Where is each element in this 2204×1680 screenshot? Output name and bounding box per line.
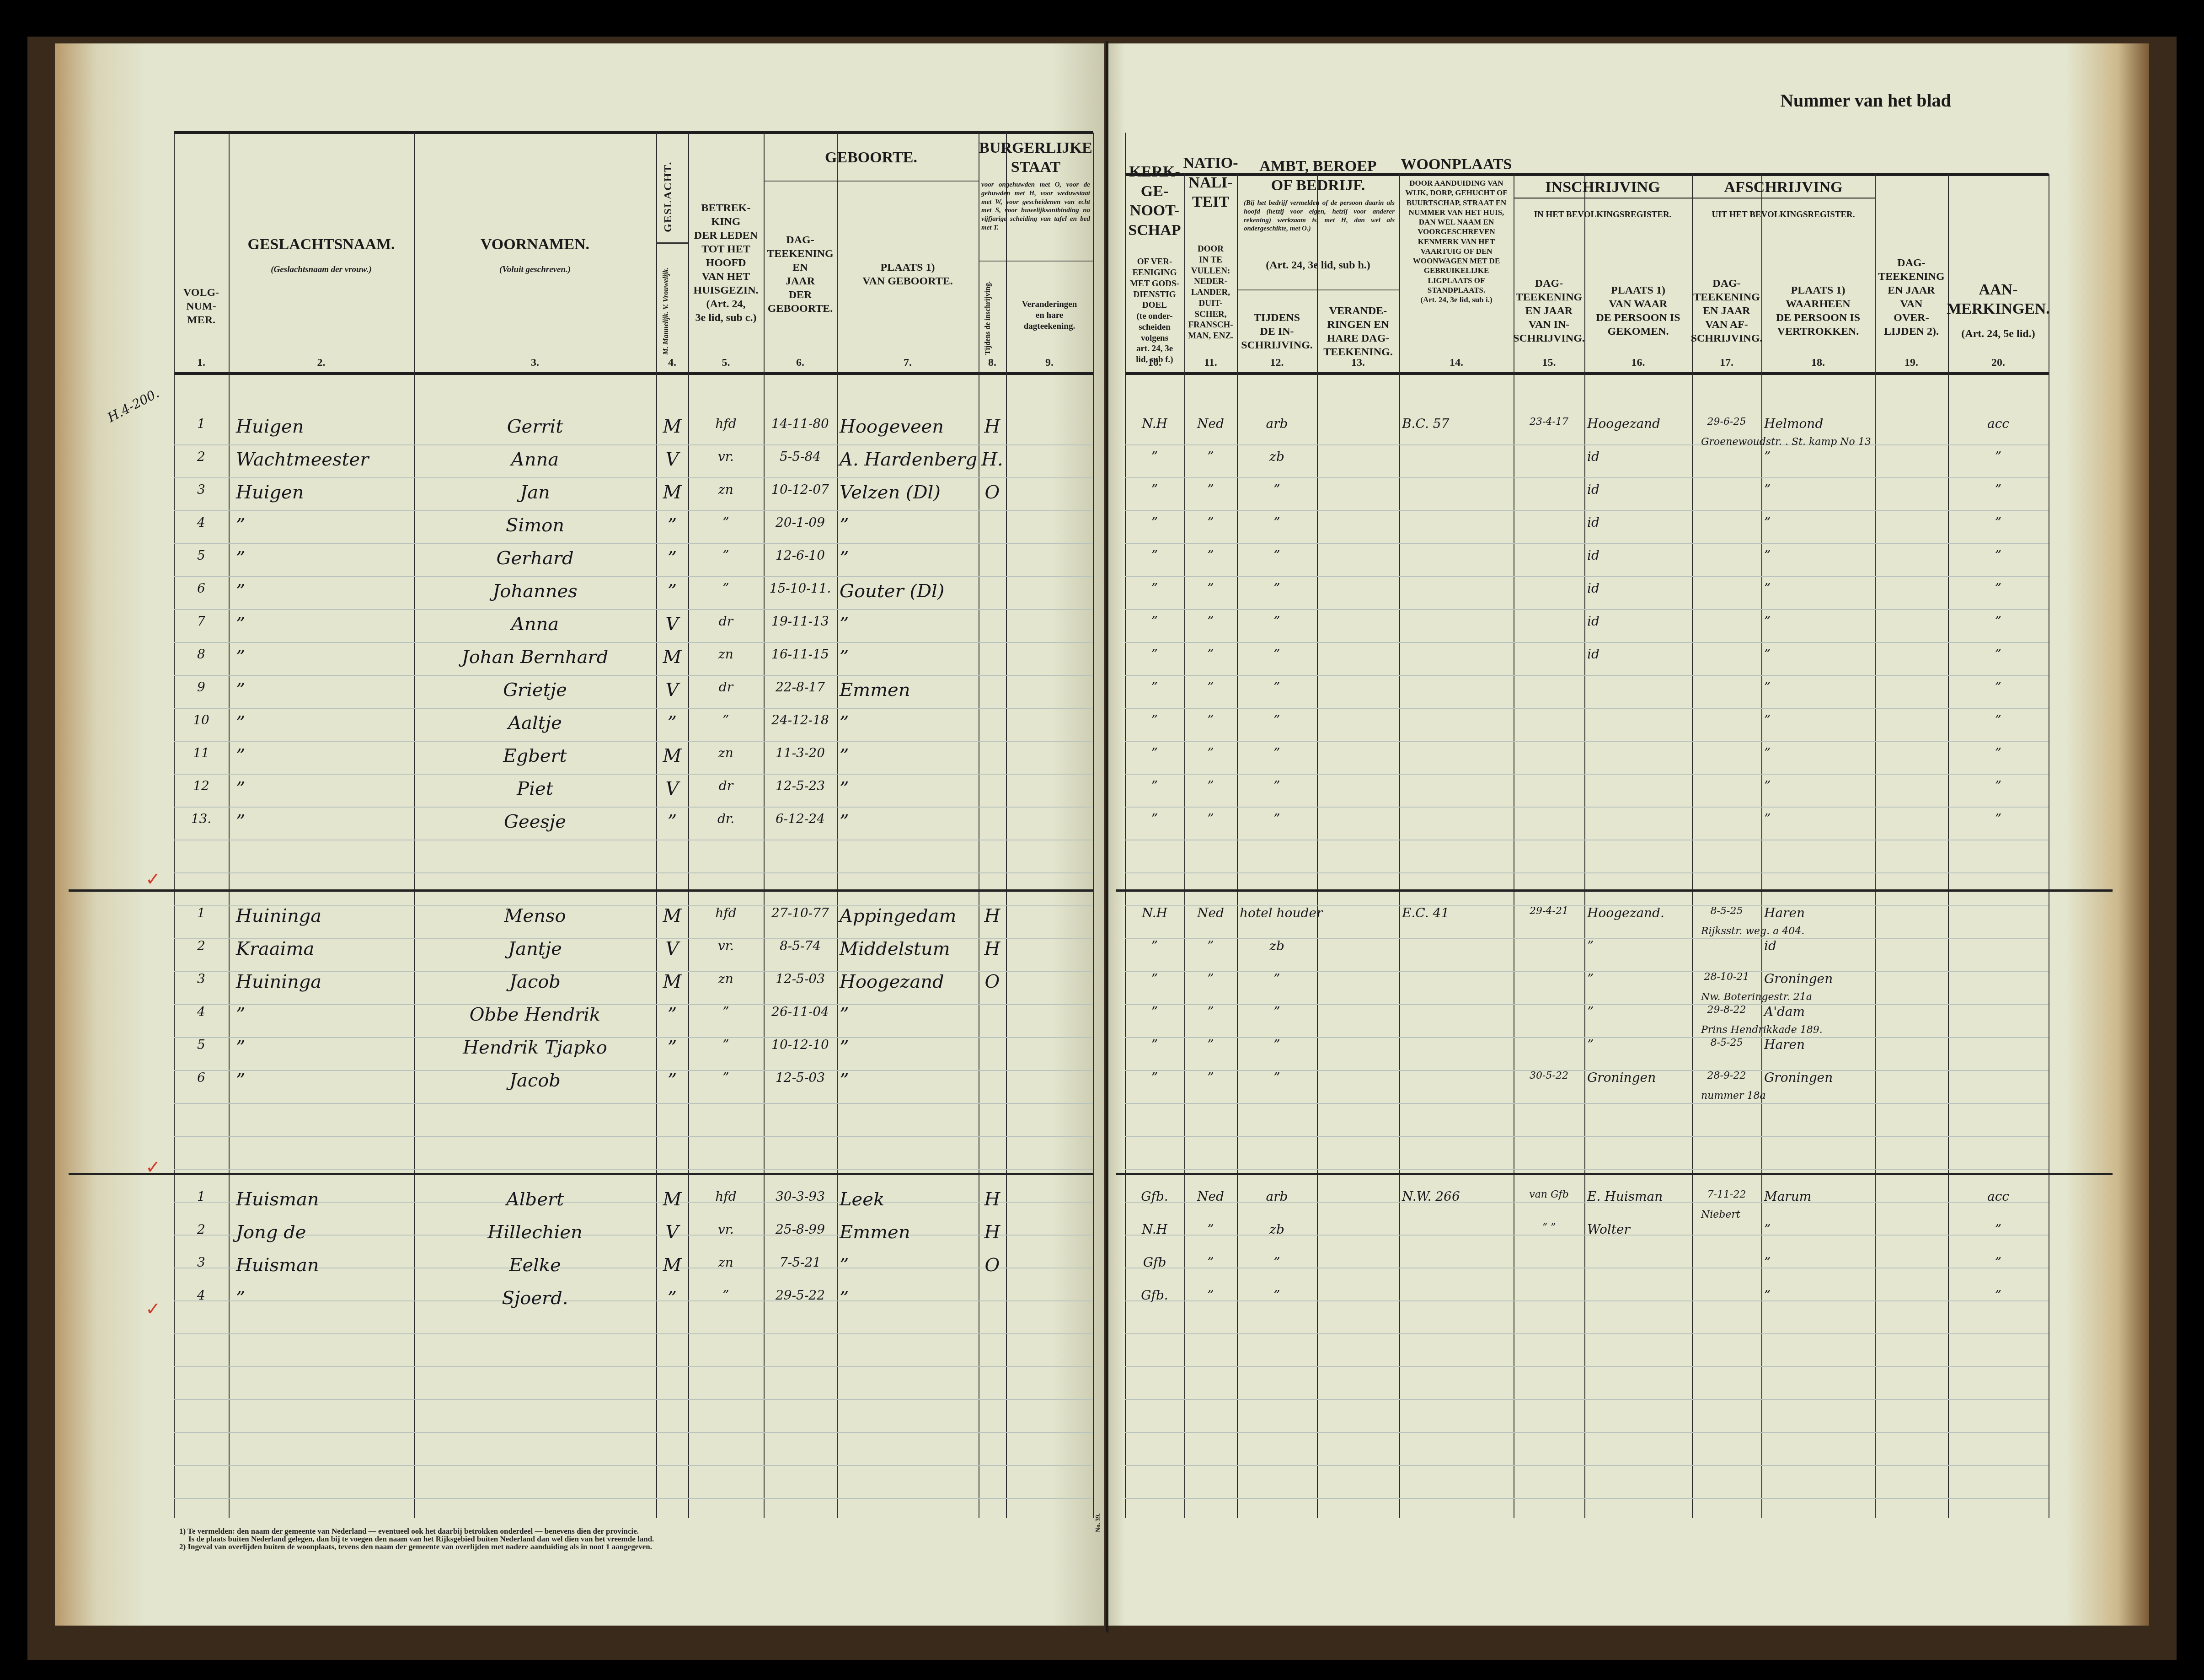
cell-surname: Huininga xyxy=(236,905,411,926)
cell-nr: 1 xyxy=(177,416,226,431)
inschrijving-rule xyxy=(1514,198,1692,201)
cell-firstnames: Gerrit xyxy=(417,416,653,437)
header-inschrijving-group: INSCHRIJVING xyxy=(1515,178,1690,197)
ruled-line xyxy=(1125,642,2049,643)
cell-occupation: ” xyxy=(1240,581,1314,596)
cell-surname: ” xyxy=(236,778,411,799)
cell-relation: ” xyxy=(691,1004,761,1019)
cell-occupation: ” xyxy=(1240,548,1314,563)
cell-to-place: ” xyxy=(1764,515,1872,530)
header-afschrijving-plaats: PLAATS 1) WAARHEEN DE PERSOON IS VERTROK… xyxy=(1763,256,1873,366)
cell-religion: ” xyxy=(1128,778,1182,793)
cell-address: E.C. 41 xyxy=(1402,905,1511,920)
header-geslacht: GESLACHT. xyxy=(662,155,682,238)
header-nationaliteit: NATIO- NALI- TEIT xyxy=(1186,146,1235,219)
column-divider xyxy=(1761,174,1762,1518)
column-number: 5. xyxy=(688,357,764,369)
cell-to-place: Helmond xyxy=(1764,416,1872,431)
column-divider xyxy=(1399,174,1400,1518)
header-voornamen: VOORNAMEN. xyxy=(416,229,654,261)
cell-to-place: ” xyxy=(1764,548,1872,563)
cell-sex: M xyxy=(659,416,685,437)
cell-birth-place: ” xyxy=(840,647,976,668)
ruled-line xyxy=(1125,1333,2049,1334)
column-divider xyxy=(414,133,415,1518)
cell-birth-place: Appingedam xyxy=(840,905,976,926)
cell-sex: M xyxy=(659,745,685,766)
cell-civil: H xyxy=(981,416,1003,437)
cell-from-place: Hoogezand. xyxy=(1587,905,1689,920)
cell-surname: ” xyxy=(236,1070,411,1091)
column-divider xyxy=(1514,174,1514,1518)
cell-civil: H xyxy=(981,905,1003,926)
cell-religion: Gfb xyxy=(1128,1255,1182,1270)
ruled-line xyxy=(1125,1169,2049,1170)
cell-relation: hfd xyxy=(691,1189,761,1204)
cell-entry-date: ” ” xyxy=(1516,1222,1582,1233)
ruled-line xyxy=(1125,609,2049,610)
cell-remarks: ” xyxy=(1951,482,2046,497)
header-voornamen-sub: (Voluit geschreven.) xyxy=(416,261,654,279)
cell-birth-date: 5-5-84 xyxy=(766,449,834,464)
header-bottom-rule-right xyxy=(1125,372,2049,375)
cell-from-place: ” xyxy=(1587,1037,1689,1052)
cell-nationality: ” xyxy=(1187,515,1234,530)
header-ambt-art: (Art. 24, 3e lid, sub h.) xyxy=(1239,254,1397,277)
ruled-line xyxy=(174,872,1093,873)
cell-nr: 1 xyxy=(177,905,226,920)
column-divider xyxy=(1006,133,1007,1518)
cell-occupation: ” xyxy=(1240,1255,1314,1270)
cell-surname: ” xyxy=(236,1288,411,1309)
geslacht-rule xyxy=(656,242,688,246)
cell-birth-place: Hoogezand xyxy=(840,971,976,992)
cell-to-place: Marum xyxy=(1764,1189,1872,1204)
cell-religion: N.H xyxy=(1128,416,1182,431)
header-overlijden: DAG- TEEKENING EN JAAR VAN OVER- LIJDEN … xyxy=(1877,229,1946,366)
cell-nationality: ” xyxy=(1187,712,1234,728)
cell-nr: 13. xyxy=(177,811,226,826)
cell-surname: Kraaima xyxy=(236,938,411,959)
column-number: 11. xyxy=(1184,357,1237,369)
header-ambt-note: (Bij het bedrijf vermelden of de persoon… xyxy=(1244,199,1395,254)
cell-religion: N.H xyxy=(1128,1222,1182,1237)
column-divider xyxy=(1093,133,1094,1518)
cell-birth-place: A. Hardenberg xyxy=(840,449,976,470)
cell-religion: ” xyxy=(1128,938,1182,953)
column-number: 3. xyxy=(414,357,656,369)
cell-firstnames: Jacob xyxy=(417,1070,653,1091)
cell-relation: ” xyxy=(691,515,761,530)
cell-surname: Jong de xyxy=(236,1222,411,1243)
cell-to-place: ” xyxy=(1764,745,1872,760)
header-kerkgenootschap-sub: OF VER- EENIGING MET GODS- DIENSTIG DOEL… xyxy=(1127,256,1182,366)
cell-sex: ” xyxy=(659,1037,685,1058)
cell-exit-date: 28-9-22 xyxy=(1695,1070,1759,1081)
header-betrekking: BETREK- KING DER LEDEN TOT HET HOOFD VAN… xyxy=(690,165,762,361)
cell-civil: H xyxy=(981,938,1003,959)
cell-relation: hfd xyxy=(691,416,761,431)
cell-nationality: ” xyxy=(1187,1037,1234,1052)
cell-nr: 11 xyxy=(177,745,226,760)
cell-religion: ” xyxy=(1128,1070,1182,1085)
cell-firstnames: Johan Bernhard xyxy=(417,647,653,668)
cell-nationality: ” xyxy=(1187,548,1234,563)
cell-entry-date: van Gfb xyxy=(1516,1189,1582,1200)
cell-to-place: ” xyxy=(1764,482,1872,497)
cell-nr: 5 xyxy=(177,1037,226,1052)
cell-from-place: id xyxy=(1587,515,1689,530)
ruled-line xyxy=(1125,477,2049,478)
cell-to-place: A'dam xyxy=(1764,1004,1872,1019)
column-number: 6. xyxy=(764,357,837,369)
cell-surname: ” xyxy=(236,647,411,668)
ruled-line xyxy=(174,1432,1093,1433)
cell-birth-date: 15-10-11. xyxy=(766,581,834,596)
cell-firstnames: Jacob xyxy=(417,971,653,992)
cell-to-place: ” xyxy=(1764,449,1872,464)
ambt-group-rule xyxy=(1237,289,1399,292)
ruled-line xyxy=(174,840,1093,840)
cell-nationality: ” xyxy=(1187,1255,1234,1270)
cell-nr: 3 xyxy=(177,971,226,986)
cell-birth-place: Emmen xyxy=(840,679,976,701)
cell-from-place: E. Huisman xyxy=(1587,1189,1689,1204)
cell-civil: H xyxy=(981,1222,1003,1243)
cell-exit-date: 8-5-25 xyxy=(1695,905,1759,917)
cell-occupation: ” xyxy=(1240,647,1314,662)
header-geboorte-group: GEBOORTE. xyxy=(765,139,977,176)
ruled-line xyxy=(1125,510,2049,511)
ruled-line xyxy=(1125,675,2049,676)
cell-to-address: Nw. Boteringestr. 21a xyxy=(1701,991,1948,1003)
column-divider xyxy=(2049,174,2049,1518)
cell-birth-date: 12-5-03 xyxy=(766,971,834,986)
cell-nationality: ” xyxy=(1187,1288,1234,1303)
cell-birth-date: 12-5-03 xyxy=(766,1070,834,1085)
header-volgnummer: VOLG- NUM- MER. xyxy=(176,256,227,357)
cell-nr: 9 xyxy=(177,679,226,695)
cell-firstnames: Hillechien xyxy=(417,1222,653,1243)
cell-remarks: ” xyxy=(1951,679,2046,695)
cell-nationality: ” xyxy=(1187,679,1234,695)
cell-relation: dr. xyxy=(691,811,761,826)
cell-sex: ” xyxy=(659,515,685,536)
ruled-line xyxy=(174,1399,1093,1400)
cell-occupation: zb xyxy=(1240,449,1314,464)
cell-relation: zn xyxy=(691,647,761,662)
cell-firstnames: Grietje xyxy=(417,679,653,701)
column-divider xyxy=(1584,174,1585,1518)
cell-civil: H. xyxy=(981,449,1003,470)
cell-remarks: ” xyxy=(1951,712,2046,728)
column-divider xyxy=(1692,174,1693,1518)
column-divider xyxy=(1948,174,1949,1518)
household-separator xyxy=(1116,1173,2113,1175)
page-gutter xyxy=(1106,41,1108,1632)
cell-religion: ” xyxy=(1128,581,1182,596)
cell-religion: ” xyxy=(1128,745,1182,760)
cell-nr: 1 xyxy=(177,1189,226,1204)
cell-surname: ” xyxy=(236,515,411,536)
header-aanmerkingen: AAN- MERKINGEN. xyxy=(1950,274,2047,325)
cell-firstnames: Sjoerd. xyxy=(417,1288,653,1309)
cell-to-place: Groningen xyxy=(1764,1070,1872,1085)
cell-sex: M xyxy=(659,647,685,668)
cell-to-place: ” xyxy=(1764,679,1872,695)
cell-birth-date: 30-3-93 xyxy=(766,1189,834,1204)
cell-nationality: ” xyxy=(1187,811,1234,826)
column-divider xyxy=(1125,133,1126,1518)
cell-birth-date: 6-12-24 xyxy=(766,811,834,826)
cell-firstnames: Egbert xyxy=(417,745,653,766)
header-afschrijving-datum: DAG- TEEKENING EN JAAR VAN AF- SCHRIJVIN… xyxy=(1694,256,1760,366)
cell-birth-place: Gouter (Dl) xyxy=(840,581,976,602)
cell-birth-date: 24-12-18 xyxy=(766,712,834,728)
red-check-mark: ✓ xyxy=(145,869,161,890)
cell-remarks: ” xyxy=(1951,1222,2046,1237)
cell-relation: ” xyxy=(691,1070,761,1085)
header-afschrijving-group: AFSCHRIJVING xyxy=(1694,178,1873,197)
ruled-line xyxy=(174,774,1093,775)
cell-remarks: ” xyxy=(1951,581,2046,596)
cell-from-place: Wolter xyxy=(1587,1222,1689,1237)
cell-address: N.W. 266 xyxy=(1402,1189,1511,1204)
cell-remarks: ” xyxy=(1951,548,2046,563)
cell-birth-place: ” xyxy=(840,811,976,832)
cell-remarks: ” xyxy=(1951,647,2046,662)
cell-occupation: ” xyxy=(1240,679,1314,695)
cell-civil: H xyxy=(981,1189,1003,1210)
cell-religion: N.H xyxy=(1128,905,1182,920)
cell-nationality: Ned xyxy=(1187,416,1234,431)
afschrijving-rule xyxy=(1692,198,1875,201)
cell-surname: Wachtmeester xyxy=(236,449,411,470)
cell-religion: ” xyxy=(1128,1037,1182,1052)
red-check-mark: ✓ xyxy=(145,1299,161,1320)
cell-nr: 5 xyxy=(177,548,226,563)
cell-religion: ” xyxy=(1128,548,1182,563)
ruled-line xyxy=(1125,807,2049,808)
cell-occupation: ” xyxy=(1240,482,1314,497)
cell-nationality: ” xyxy=(1187,614,1234,629)
header-top-rule-left xyxy=(174,131,1093,134)
cell-surname: ” xyxy=(236,745,411,766)
cell-nr: 4 xyxy=(177,515,226,530)
header-nationaliteit-sub: DOOR IN TE VULLEN: NEDER- LANDER, DUIT- … xyxy=(1186,219,1235,366)
cell-birth-date: 27-10-77 xyxy=(766,905,834,920)
cell-remarks: ” xyxy=(1951,449,2046,464)
cell-nr: 3 xyxy=(177,482,226,497)
cell-birth-place: Emmen xyxy=(840,1222,976,1243)
cell-to-place: ” xyxy=(1764,712,1872,728)
cell-religion: Gfb. xyxy=(1128,1288,1182,1303)
header-aanmerkingen-sub: (Art. 24, 5e lid.) xyxy=(1950,325,2047,343)
cell-religion: ” xyxy=(1128,449,1182,464)
header-geslachtsnaam: GESLACHTSNAAM. xyxy=(230,229,412,261)
cell-from-place: ” xyxy=(1587,971,1689,986)
red-check-mark: ✓ xyxy=(145,1157,161,1178)
cell-to-address: Groenewoudstr. . St. kamp No 13 xyxy=(1701,436,1948,448)
ruled-line xyxy=(174,609,1093,610)
cell-religion: ” xyxy=(1128,614,1182,629)
cell-sex: ” xyxy=(659,1070,685,1091)
cell-surname: ” xyxy=(236,712,411,733)
cell-relation: zn xyxy=(691,745,761,760)
ruled-line xyxy=(1125,708,2049,709)
cell-surname: ” xyxy=(236,1004,411,1025)
cell-nationality: ” xyxy=(1187,482,1234,497)
column-divider xyxy=(656,133,657,1518)
cell-from-place: id xyxy=(1587,614,1689,629)
cell-exit-date: 29-8-22 xyxy=(1695,1004,1759,1016)
cell-from-place: ” xyxy=(1587,938,1689,953)
cell-remarks: ” xyxy=(1951,778,2046,793)
header-geslacht-legend: M. Mannelijk. V. Vrouwelijk. xyxy=(662,256,682,366)
ruled-line xyxy=(1125,1136,2049,1137)
cell-birth-date: 29-5-22 xyxy=(766,1288,834,1303)
cell-birth-place: Hoogeveen xyxy=(840,416,976,437)
cell-nr: 2 xyxy=(177,1222,226,1237)
cell-remarks: ” xyxy=(1951,811,2046,826)
cell-surname: Huisman xyxy=(236,1255,411,1276)
cell-nr: 6 xyxy=(177,1070,226,1085)
cell-civil: O xyxy=(981,482,1003,503)
cell-birth-date: 19-11-13 xyxy=(766,614,834,629)
header-burgerlijke-staat: BURGERLIJKE STAAT xyxy=(980,139,1091,176)
column-divider xyxy=(1875,174,1876,1518)
cell-occupation: ” xyxy=(1240,745,1314,760)
cell-birth-date: 7-5-21 xyxy=(766,1255,834,1270)
cell-firstnames: Menso xyxy=(417,905,653,926)
cell-remarks: acc xyxy=(1951,1189,2046,1204)
cell-birth-place: Middelstum xyxy=(840,938,976,959)
cell-religion: ” xyxy=(1128,515,1182,530)
cell-to-place: ” xyxy=(1764,1288,1872,1303)
column-divider xyxy=(229,133,230,1518)
cell-sex: ” xyxy=(659,811,685,832)
column-number: 20. xyxy=(1948,357,2049,369)
cell-nr: 12 xyxy=(177,778,226,793)
cell-birth-place: ” xyxy=(840,515,976,536)
ruled-line xyxy=(174,708,1093,709)
cell-occupation: ” xyxy=(1240,1037,1314,1052)
cell-sex: M xyxy=(659,971,685,992)
cell-birth-place: ” xyxy=(840,1004,976,1025)
cell-birth-place: ” xyxy=(840,548,976,569)
cell-to-address: nummer 18a xyxy=(1701,1090,1948,1102)
column-number: 18. xyxy=(1761,357,1875,369)
header-burgerlijke-staat-note: voor ongehuwden met O, voor de gehuwden … xyxy=(981,181,1090,258)
cell-surname: ” xyxy=(236,679,411,701)
cell-to-place: Haren xyxy=(1764,1037,1872,1052)
cell-nr: 4 xyxy=(177,1004,226,1019)
cell-occupation: ” xyxy=(1240,1070,1314,1085)
cell-religion: ” xyxy=(1128,679,1182,695)
cell-remarks: ” xyxy=(1951,1288,2046,1303)
cell-sex: V xyxy=(659,778,685,799)
burgerlijke-staat-rule xyxy=(979,261,1093,264)
cell-relation: ” xyxy=(691,581,761,596)
cell-firstnames: Hendrik Tjapko xyxy=(417,1037,653,1058)
cell-nr: 3 xyxy=(177,1255,226,1270)
ruled-line xyxy=(1125,1498,2049,1499)
cell-surname: Huisman xyxy=(236,1189,411,1210)
household-separator xyxy=(1116,889,2113,892)
cell-surname: Huininga xyxy=(236,971,411,992)
ruled-line xyxy=(1125,1103,2049,1104)
ruled-line xyxy=(1125,1432,2049,1433)
cell-occupation: ” xyxy=(1240,614,1314,629)
cell-exit-date: 28-10-21 xyxy=(1695,971,1759,983)
cell-relation: dr xyxy=(691,614,761,629)
cell-surname: Huigen xyxy=(236,416,411,437)
cell-from-place: id xyxy=(1587,548,1689,563)
header-kerkgenootschap: KERK- GE- NOOT- SCHAP xyxy=(1127,146,1182,256)
cell-firstnames: Jan xyxy=(417,482,653,503)
cell-to-address: Niebert xyxy=(1701,1209,1948,1220)
ruled-line xyxy=(174,444,1093,445)
footnote: 2) Ingeval van overlijden buiten de woon… xyxy=(179,1542,865,1552)
geboorte-group-rule xyxy=(764,181,979,184)
column-number: 17. xyxy=(1692,357,1761,369)
cell-religion: ” xyxy=(1128,647,1182,662)
cell-firstnames: Albert xyxy=(417,1189,653,1210)
cell-sex: M xyxy=(659,1255,685,1276)
cell-exit-date: 7-11-22 xyxy=(1695,1189,1759,1200)
page-stamp: No. 39. xyxy=(1095,1504,1104,1541)
ruled-line xyxy=(174,807,1093,808)
cell-entry-date: 30-5-22 xyxy=(1516,1070,1582,1081)
cell-nationality: ” xyxy=(1187,938,1234,953)
cell-relation: ” xyxy=(691,712,761,728)
cell-relation: vr. xyxy=(691,449,761,464)
cell-birth-date: 25-8-99 xyxy=(766,1222,834,1237)
cell-relation: zn xyxy=(691,1255,761,1270)
cell-birth-date: 8-5-74 xyxy=(766,938,834,953)
column-number: 1. xyxy=(174,357,229,369)
cell-birth-place: ” xyxy=(840,1288,976,1309)
ruled-line xyxy=(174,510,1093,511)
ruled-line xyxy=(174,576,1093,577)
cell-nr: 8 xyxy=(177,647,226,662)
cell-to-address: Rijksstr. weg. a 404. xyxy=(1701,926,1948,937)
column-number: 13. xyxy=(1317,357,1399,369)
cell-relation: vr. xyxy=(691,938,761,953)
header-ambt-group: AMBT, BEROEP OF BEDRIJF. xyxy=(1239,151,1397,201)
header-inschrijving-datum: DAG- TEEKENING EN JAAR VAN IN- SCHRIJVIN… xyxy=(1515,256,1583,366)
cell-to-place: id xyxy=(1764,938,1872,953)
cell-relation: vr. xyxy=(691,1222,761,1237)
cell-nationality: ” xyxy=(1187,1222,1234,1237)
cell-sex: ” xyxy=(659,1288,685,1309)
cell-firstnames: Gerhard xyxy=(417,548,653,569)
cell-occupation: arb xyxy=(1240,1189,1314,1204)
cell-occupation: ” xyxy=(1240,778,1314,793)
cell-birth-date: 10-12-07 xyxy=(766,482,834,497)
cell-sex: ” xyxy=(659,581,685,602)
cell-relation: ” xyxy=(691,548,761,563)
cell-birth-date: 10-12-10 xyxy=(766,1037,834,1052)
cell-relation: dr xyxy=(691,778,761,793)
cell-relation: ” xyxy=(691,1037,761,1052)
cell-sex: V xyxy=(659,614,685,635)
column-number: 7. xyxy=(837,357,979,369)
cell-birth-date: 26-11-04 xyxy=(766,1004,834,1019)
column-number: 19. xyxy=(1875,357,1948,369)
header-tijdens-inschrijving: Tijdens de inschrijving. xyxy=(984,274,1002,361)
cell-nr: 2 xyxy=(177,449,226,464)
